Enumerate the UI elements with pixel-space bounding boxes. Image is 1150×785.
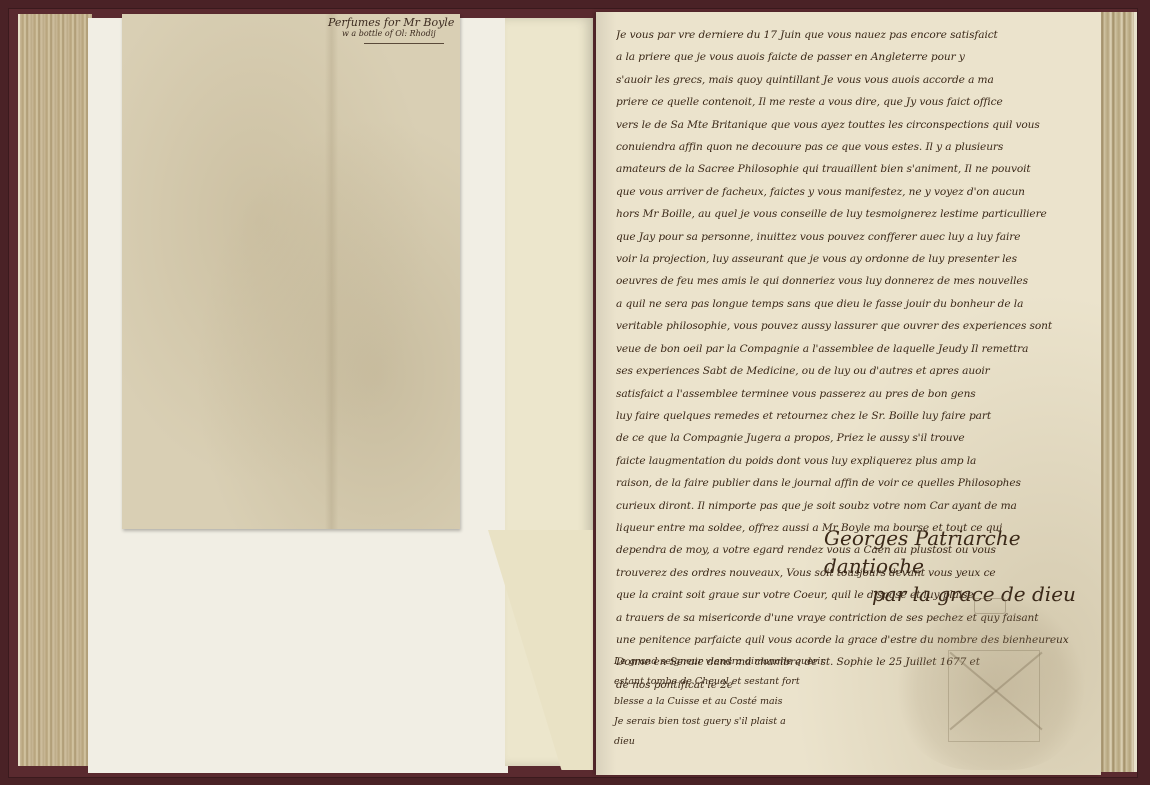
letter-line: priere ce quelle contenoit, Il me reste … bbox=[616, 91, 1094, 113]
letter-line: veritable philosophie, vous pouvez aussy… bbox=[616, 315, 1094, 337]
letter-line: de ce que la Compagnie Jugera a propos, … bbox=[616, 427, 1094, 449]
left-leaf-edges bbox=[18, 14, 92, 766]
letter-line: a quil ne sera pas longue temps sans que… bbox=[616, 293, 1094, 315]
letter-line: hors Mr Boille, au quel je vous conseill… bbox=[616, 203, 1094, 225]
embossed-seal bbox=[896, 590, 1086, 770]
letter-line: satisfaict a l'assemblee terminee vous p… bbox=[616, 383, 1094, 405]
endorsement-note: Perfumes for Mr Boyle w a bottle of Ol: … bbox=[328, 16, 458, 44]
verso-leaf-with-endorsement bbox=[122, 14, 460, 529]
endorsement-line-1: Perfumes for Mr Boyle bbox=[328, 16, 458, 29]
manuscript-letter-page: Je vous par vre derniere du 17 Juin que … bbox=[596, 12, 1101, 775]
postscript-line: estant tombe de Cheual et sestant fort bbox=[614, 672, 854, 692]
letter-line: vers le de Sa Mte Britanique que vous ay… bbox=[616, 114, 1094, 136]
postscript-line: Le grand seigneur viendra dimanche queri… bbox=[614, 652, 854, 672]
letter-line: faicte laugmentation du poids dont vous … bbox=[616, 450, 1094, 472]
letter-line: ses experiences Sabt de Medicine, ou de … bbox=[616, 360, 1094, 382]
postscript-note: Le grand seigneur viendra dimanche queri… bbox=[614, 652, 854, 752]
letter-line: a la priere que je vous auois faicte de … bbox=[616, 46, 1094, 68]
letter-line: que Jay pour sa personne, inuittez vous … bbox=[616, 226, 1094, 248]
letter-line: que vous arriver de facheux, faictes y v… bbox=[616, 181, 1094, 203]
seal-crown-icon bbox=[974, 598, 1006, 614]
letter-line: oeuvres de feu mes amis le qui donneriez… bbox=[616, 270, 1094, 292]
postscript-line: dieu bbox=[614, 732, 854, 752]
endorsement-underline bbox=[364, 43, 444, 44]
letter-line: luy faire quelques remedes et retournez … bbox=[616, 405, 1094, 427]
letter-line: voir la projection, luy asseurant que je… bbox=[616, 248, 1094, 270]
letter-line: Je vous par vre derniere du 17 Juin que … bbox=[616, 24, 1094, 46]
letter-line: amateurs de la Sacree Philosophie qui tr… bbox=[616, 158, 1094, 180]
letter-line: veue de bon oeil par la Compagnie a l'as… bbox=[616, 338, 1094, 360]
signature-line-1: Georges Patriarche dantioche bbox=[824, 524, 1094, 580]
postscript-line: blesse a la Cuisse et au Costé mais bbox=[614, 692, 854, 712]
letter-line: raison, de la faire publier dans le jour… bbox=[616, 472, 1094, 494]
endorsement-line-2: w a bottle of Ol: Rhodij bbox=[328, 29, 458, 38]
letter-line: conuiendra affin quon ne decouure pas ce… bbox=[616, 136, 1094, 158]
letter-line: curieux diront. Il nimporte pas que je s… bbox=[616, 495, 1094, 517]
postscript-line: Je serais bien tost guery s'il plaist a bbox=[614, 712, 854, 732]
letter-line: s'auoir les grecs, mais quoy quintillant… bbox=[616, 69, 1094, 91]
